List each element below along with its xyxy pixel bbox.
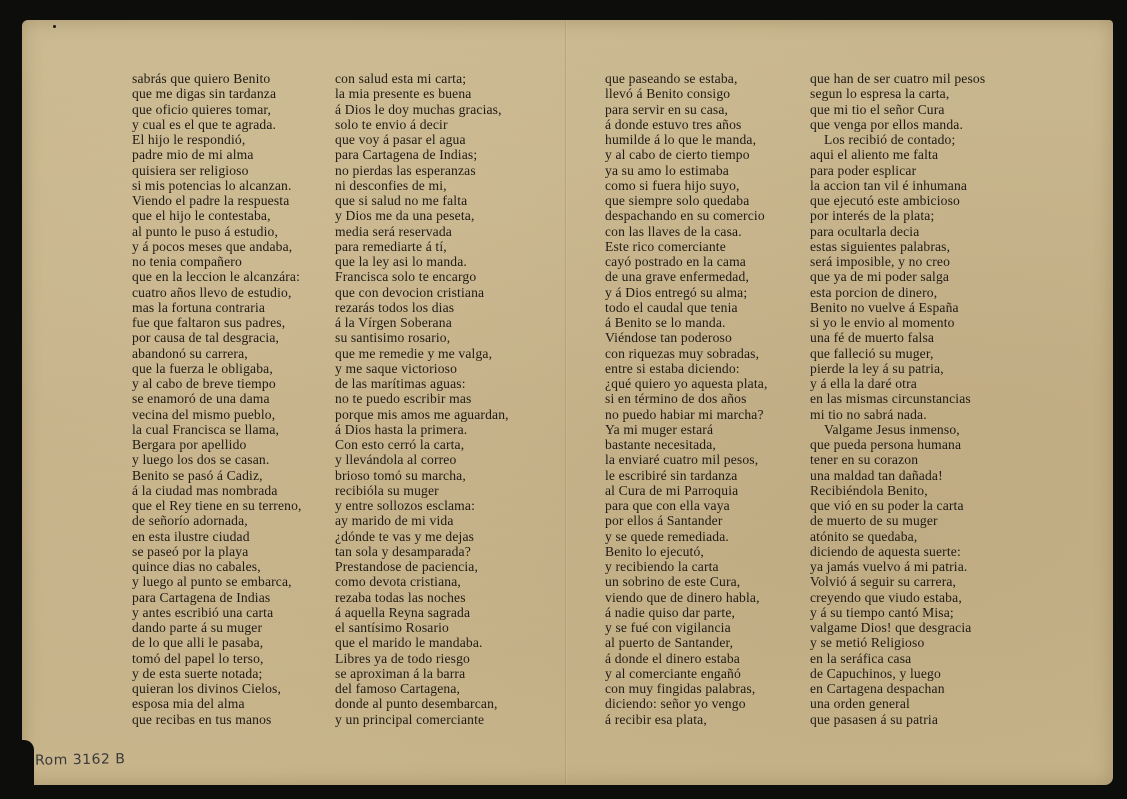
verse-line: que vió en su poder la carta (810, 498, 985, 513)
verse-line: de muerto de su muger (810, 513, 985, 528)
verse-line: y recibiendo la carta (605, 559, 768, 574)
verse-line: como si fuera hijo suyo, (605, 178, 768, 193)
verse-line: Benito no vuelve á España (810, 300, 985, 315)
verse-line: tan sola y desamparada? (335, 544, 509, 559)
verse-line: Libres ya de todo riesgo (335, 651, 509, 666)
verse-line: que oficio quieres tomar, (132, 102, 302, 117)
verse-line: que pueda persona humana (810, 437, 985, 452)
verse-line: ya jamás vuelvo á mi patria. (810, 559, 985, 574)
verse-line: estas siguientes palabras, (810, 239, 985, 254)
verse-line: se paseó por la playa (132, 544, 302, 559)
verse-line: ni desconfies de mi, (335, 178, 509, 193)
verse-line: Bergara por apellido (132, 437, 302, 452)
verse-line: Francisca solo te encargo (335, 269, 509, 284)
verse-line: y á pocos meses que andaba, (132, 239, 302, 254)
verse-line: quisiera ser religioso (132, 163, 302, 178)
verse-column-2: con salud esta mi carta;la mia presente … (335, 71, 509, 727)
verse-line: El hijo le respondió, (132, 132, 302, 147)
verse-line: á la ciudad mas nombrada (132, 483, 302, 498)
verse-line: y me saque victorioso (335, 361, 509, 376)
verse-line: no te puedo escribir mas (335, 391, 509, 406)
verse-line: si yo le envio al momento (810, 315, 985, 330)
verse-line: quieran los divinos Cielos, (132, 681, 302, 696)
verse-line: padre mio de mi alma (132, 147, 302, 162)
verse-line: fue que faltaron sus padres, (132, 315, 302, 330)
verse-line: solo te envio á decir (335, 117, 509, 132)
verse-line: Volvió á seguir su carrera, (810, 574, 985, 589)
verse-line: diciendo de aquesta suerte: (810, 544, 985, 559)
verse-line: que el marido le mandaba. (335, 635, 509, 650)
verse-line: donde al punto desembarcan, (335, 696, 509, 711)
verse-line: en esta ilustre ciudad (132, 529, 302, 544)
verse-line: que si salud no me falta (335, 193, 509, 208)
verse-line: un sobrino de este Cura, (605, 574, 768, 589)
verse-line: media será reservada (335, 224, 509, 239)
ink-speck (53, 25, 56, 28)
verse-line: á Dios le doy muchas gracias, (335, 102, 509, 117)
verse-line: esta porcion de dinero, (810, 285, 985, 300)
verse-line: para Cartagena de Indias; (335, 147, 509, 162)
verse-line: mas la fortuna contraria (132, 300, 302, 315)
verse-line: y entre sollozos esclama: (335, 498, 509, 513)
verse-line: atónito se quedaba, (810, 529, 985, 544)
verse-line: de las marítimas aguas: (335, 376, 509, 391)
verse-line: que el hijo le contestaba, (132, 208, 302, 223)
verse-line: y llevándola al correo (335, 452, 509, 467)
verse-line: Benito se pasó á Cadiz, (132, 468, 302, 483)
verse-line: le escribiré sin tardanza (605, 468, 768, 483)
verse-line: que siempre solo quedaba (605, 193, 768, 208)
verse-line: como devota cristiana, (335, 574, 509, 589)
verse-line: la enviaré cuatro mil pesos, (605, 452, 768, 467)
verse-line: y á ella la daré otra (810, 376, 985, 391)
verse-line: y cual es el que te agrada. (132, 117, 302, 132)
verse-line: rezarás todos los dias (335, 300, 509, 315)
verse-line: cayó postrado en la cama (605, 254, 768, 269)
verse-line: y antes escribió una carta (132, 605, 302, 620)
verse-line: no tenia compañero (132, 254, 302, 269)
verse-line: ay marido de mi vida (335, 513, 509, 528)
verse-line: que voy á pasar el agua (335, 132, 509, 147)
verse-line: en Cartagena despachan (810, 681, 985, 696)
verse-line: por interés de la plata; (810, 208, 985, 223)
verse-line: y al cabo de breve tiempo (132, 376, 302, 391)
verse-line: que el Rey tiene en su terreno, (132, 498, 302, 513)
verse-line: y se metió Religioso (810, 635, 985, 650)
verse-line: será imposible, y no creo (810, 254, 985, 269)
verse-line: tomó del papel lo terso, (132, 651, 302, 666)
verse-line: la accion tan vil é inhumana (810, 178, 985, 193)
verse-line: quince dias no cabales, (132, 559, 302, 574)
verse-line: que falleció su muger, (810, 346, 985, 361)
verse-line: de Capuchinos, y luego (810, 666, 985, 681)
verse-line: y á su tiempo cantó Misa; (810, 605, 985, 620)
verse-line: sabrás que quiero Benito (132, 71, 302, 86)
verse-line: Recibiéndola Benito, (810, 483, 985, 498)
verse-line: se aproximan á la barra (335, 666, 509, 681)
verse-line: Viendo el padre la respuesta (132, 193, 302, 208)
verse-line: una fé de muerto falsa (810, 330, 985, 345)
verse-line: Benito lo ejecutó, (605, 544, 768, 559)
verse-column-1: sabrás que quiero Benitoque me digas sin… (132, 71, 302, 727)
verse-line: para que con ella vaya (605, 498, 768, 513)
verse-line: viendo que de dinero habla, (605, 590, 768, 605)
verse-line: y luego al punto se embarca, (132, 574, 302, 589)
verse-line: al Cura de mi Parroquia (605, 483, 768, 498)
verse-line: Con esto cerró la carta, (335, 437, 509, 452)
verse-line: con las llaves de la casa. (605, 224, 768, 239)
verse-line: si en término de dos años (605, 391, 768, 406)
verse-line: tener en su corazon (810, 452, 985, 467)
verse-line: la mia presente es buena (335, 86, 509, 101)
verse-line: que venga por ellos manda. (810, 117, 985, 132)
verse-line: brioso tomó su marcha, (335, 468, 509, 483)
verse-line: que recibas en tus manos (132, 712, 302, 727)
verse-line: el santísimo Rosario (335, 620, 509, 635)
verse-line: á aquella Reyna sagrada (335, 605, 509, 620)
verse-line: que ejecutó este ambicioso (810, 193, 985, 208)
verse-line: á recibir esa plata, (605, 712, 768, 727)
verse-line: y se fué con vigilancia (605, 620, 768, 635)
paper-torn-corner (22, 740, 34, 785)
verse-line: no pierdas las esperanzas (335, 163, 509, 178)
verse-line: que me remedie y me valga, (335, 346, 509, 361)
verse-line: una maldad tan dañada! (810, 468, 985, 483)
verse-line: á Dios hasta la primera. (335, 422, 509, 437)
verse-line: que han de ser cuatro mil pesos (810, 71, 985, 86)
verse-line: que paseando se estaba, (605, 71, 768, 86)
verse-line: y al cabo de cierto tiempo (605, 147, 768, 162)
verse-line: mi tio no sabrá nada. (810, 407, 985, 422)
verse-line: con muy fingidas palabras, (605, 681, 768, 696)
verse-line: dando parte á su muger (132, 620, 302, 635)
verse-line: Prestandose de paciencia, (335, 559, 509, 574)
verse-line: vecina del mismo pueblo, (132, 407, 302, 422)
verse-line: de una grave enfermedad, (605, 269, 768, 284)
verse-line: recibióla su muger (335, 483, 509, 498)
verse-line: Este rico comerciante (605, 239, 768, 254)
verse-line: de señorío adornada, (132, 513, 302, 528)
verse-line: abandonó su carrera, (132, 346, 302, 361)
verse-line: ¿dónde te vas y me dejas (335, 529, 509, 544)
verse-line: del famoso Cartagena, (335, 681, 509, 696)
verse-line: y á Dios entregó su alma; (605, 285, 768, 300)
center-fold (565, 20, 567, 785)
verse-line: que en la leccion le alcanzára: (132, 269, 302, 284)
verse-line: para ocultarla decia (810, 224, 985, 239)
verse-line: á la Vírgen Soberana (335, 315, 509, 330)
verse-line: para remediarte á tí, (335, 239, 509, 254)
verse-line: porque mis amos me aguardan, (335, 407, 509, 422)
verse-line: creyendo que viudo estaba, (810, 590, 985, 605)
verse-line: al puerto de Santander, (605, 635, 768, 650)
verse-line: esposa mia del alma (132, 696, 302, 711)
verse-line: despachando en su comercio (605, 208, 768, 223)
verse-line: una orden general (810, 696, 985, 711)
verse-line: que con devocion cristiana (335, 285, 509, 300)
verse-line: llevó á Benito consigo (605, 86, 768, 101)
verse-line: bastante necesitada, (605, 437, 768, 452)
verse-line: entre si estaba diciendo: (605, 361, 768, 376)
verse-line: á donde el dinero estaba (605, 651, 768, 666)
verse-line: ¿qué quiero yo aquesta plata, (605, 376, 768, 391)
verse-line: cuatro años llevo de estudio, (132, 285, 302, 300)
verse-line: segun lo espresa la carta, (810, 86, 985, 101)
verse-line: que pasasen á su patria (810, 712, 985, 727)
catalog-shelfmark: Rom 3162 B (35, 751, 126, 769)
verse-line: para servir en su casa, (605, 102, 768, 117)
verse-line: si mis potencias lo alcanzan. (132, 178, 302, 193)
verse-line: por ellos á Santander (605, 513, 768, 528)
verse-line: en las mismas circunstancias (810, 391, 985, 406)
verse-line: pierde la ley á su patria, (810, 361, 985, 376)
verse-line: que la ley asi lo manda. (335, 254, 509, 269)
verse-line: no puedo habiar mi marcha? (605, 407, 768, 422)
verse-line: al punto le puso á estudio, (132, 224, 302, 239)
verse-line: y se quede remediada. (605, 529, 768, 544)
verse-line: de lo que alli le pasaba, (132, 635, 302, 650)
verse-line: su santisimo rosario, (335, 330, 509, 345)
verse-line: y al comerciante engañó (605, 666, 768, 681)
verse-column-3: que paseando se estaba,llevó á Benito co… (605, 71, 768, 727)
verse-line: humilde á lo que le manda, (605, 132, 768, 147)
verse-line: diciendo: señor yo vengo (605, 696, 768, 711)
verse-line: todo el caudal que tenia (605, 300, 768, 315)
verse-line: que me digas sin tardanza (132, 86, 302, 101)
verse-line: en la seráfica casa (810, 651, 985, 666)
verse-line: que la fuerza le obligaba, (132, 361, 302, 376)
verse-line: y un principal comerciante (335, 712, 509, 727)
verse-line: para Cartagena de Indias (132, 590, 302, 605)
verse-line: la cual Francisca se llama, (132, 422, 302, 437)
verse-line: y de esta suerte notada; (132, 666, 302, 681)
verse-line: para poder esplicar (810, 163, 985, 178)
verse-line: á donde estuvo tres años (605, 117, 768, 132)
verse-line: y Dios me da una peseta, (335, 208, 509, 223)
verse-line: aqui el aliento me falta (810, 147, 985, 162)
verse-line: rezaba todas las noches (335, 590, 509, 605)
verse-line: valgame Dios! que desgracia (810, 620, 985, 635)
verse-line: y luego los dos se casan. (132, 452, 302, 467)
verse-line: Ya mi muger estará (605, 422, 768, 437)
verse-line: se enamoró de una dama (132, 391, 302, 406)
verse-line: ya su amo lo estimaba (605, 163, 768, 178)
verse-line: que ya de mi poder salga (810, 269, 985, 284)
verse-line: Viéndose tan poderoso (605, 330, 768, 345)
verse-line: á Benito se lo manda. (605, 315, 768, 330)
verse-line: Valgame Jesus inmenso, (810, 422, 985, 437)
verse-column-4: que han de ser cuatro mil pesossegun lo … (810, 71, 985, 727)
verse-line: por causa de tal desgracia, (132, 330, 302, 345)
verse-line: con riquezas muy sobradas, (605, 346, 768, 361)
verse-line: que mi tio el señor Cura (810, 102, 985, 117)
verse-line: Los recibió de contado; (810, 132, 985, 147)
verse-line: á nadie quiso dar parte, (605, 605, 768, 620)
verse-line: con salud esta mi carta; (335, 71, 509, 86)
